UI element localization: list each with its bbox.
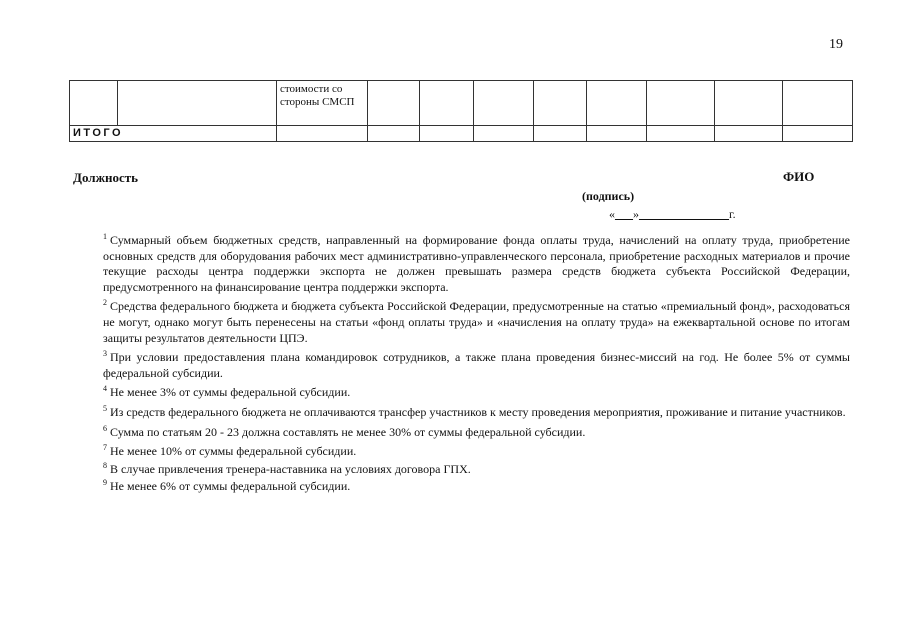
footnote-marker: 9 (103, 478, 107, 487)
footnote-marker: 6 (103, 424, 107, 433)
table-cell (647, 126, 715, 142)
table-cell (715, 81, 783, 126)
footnote-marker: 5 (103, 404, 107, 413)
budget-table: стоимости со стороны СМСП ИТОГО (69, 80, 853, 142)
date-line: «___»_______________г. (609, 207, 736, 222)
footnote-text: Средства федерального бюджета и бюджета … (103, 299, 850, 344)
footnote-text: Не менее 6% от суммы федеральной субсиди… (110, 479, 350, 493)
footnote-text: В случае привлечения тренера-наставника … (110, 462, 471, 476)
footnote: 9Не менее 6% от суммы федеральной субсид… (103, 479, 850, 495)
table-cell (534, 126, 587, 142)
footnotes: 1Суммарный объем бюджетных средств, напр… (103, 233, 850, 497)
table-cell (368, 126, 420, 142)
footnote: 5Из средств федерального бюджета не опла… (103, 405, 850, 421)
table-cell (647, 81, 715, 126)
footnote-marker: 4 (103, 384, 107, 393)
footnote: 1Суммарный объем бюджетных средств, напр… (103, 233, 850, 295)
total-label: ИТОГО (73, 127, 123, 139)
fio-label: ФИО (783, 169, 814, 185)
table-cell (587, 126, 647, 142)
table-cell (70, 81, 118, 126)
total-label-cell: ИТОГО (70, 126, 277, 142)
page-number: 19 (829, 37, 843, 53)
table-cell (277, 126, 368, 142)
footnote-text: Суммарный объем бюджетных средств, напра… (103, 233, 850, 294)
footnote: 6Сумма по статьям 20 - 23 должна составл… (103, 425, 850, 441)
table-cell (587, 81, 647, 126)
footnote-marker: 8 (103, 461, 107, 470)
footnote-text: Сумма по статьям 20 - 23 должна составля… (110, 425, 585, 439)
table-cell (474, 81, 534, 126)
date-suffix: г. (729, 207, 736, 221)
footnote: 8В случае привлечения тренера-наставника… (103, 462, 850, 478)
footnote-text: Не менее 3% от суммы федеральной субсиди… (110, 385, 350, 399)
footnote-text: Не менее 10% от суммы федеральной субсид… (110, 444, 356, 458)
table-cell (368, 81, 420, 126)
footnote-marker: 1 (103, 232, 107, 241)
footnote: 3При условии предоставления плана команд… (103, 350, 850, 381)
table-cell (783, 81, 853, 126)
position-label: Должность (73, 170, 138, 186)
table-cell-cost-smsp: стоимости со стороны СМСП (277, 81, 368, 126)
footnote-marker: 3 (103, 349, 107, 358)
date-day-blank: ___ (615, 207, 633, 221)
footnote: 2Средства федерального бюджета и бюджета… (103, 299, 850, 346)
table-cell (474, 126, 534, 142)
footnote-text: Из средств федерального бюджета не оплач… (110, 405, 846, 419)
footnote-marker: 2 (103, 298, 107, 307)
footnote: 7Не менее 10% от суммы федеральной субси… (103, 444, 850, 460)
footnote: 4Не менее 3% от суммы федеральной субсид… (103, 385, 850, 401)
table-row-total: ИТОГО (70, 126, 853, 142)
date-month-blank: _______________ (639, 207, 729, 221)
table-cell (118, 81, 277, 126)
footnote-marker: 7 (103, 443, 107, 452)
table-cell (420, 81, 474, 126)
table-cell (534, 81, 587, 126)
table-cell (715, 126, 783, 142)
table-row: стоимости со стороны СМСП (70, 81, 853, 126)
table-cell (420, 126, 474, 142)
signature-label: (подпись) (582, 189, 634, 204)
table-cell (783, 126, 853, 142)
footnote-text: При условии предоставления плана команди… (103, 350, 850, 380)
